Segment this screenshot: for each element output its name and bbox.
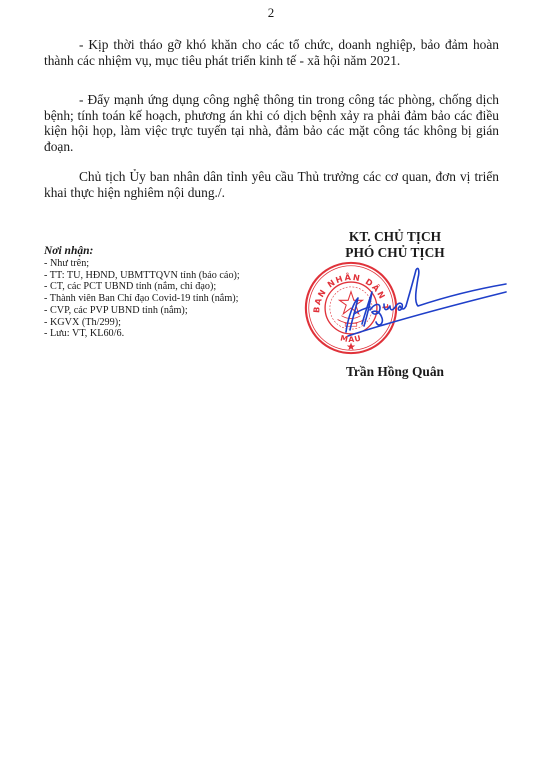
recipient-item: - CT, các PCT UBND tỉnh (nắm, chỉ đạo); (44, 281, 294, 293)
recipients-list: - Như trên; - TT: TU, HĐND, UBMTTQVN tỉn… (44, 258, 294, 340)
recipients-block: Nơi nhận: - Như trên; - TT: TU, HĐND, UB… (44, 245, 294, 340)
recipient-item: - TT: TU, HĐND, UBMTTQVN tỉnh (báo cáo); (44, 270, 294, 282)
signer-name: Trần Hồng Quân (330, 364, 460, 380)
recipient-item: - CVP, các PVP UBND tỉnh (nắm); (44, 305, 294, 317)
recipient-item: - Như trên; (44, 258, 294, 270)
handwritten-signature-icon (340, 262, 510, 342)
signer-title-line2: PHÓ CHỦ TỊCH (330, 245, 460, 261)
paragraph-it-application: - Đẩy mạnh ứng dụng công nghệ thông tin … (44, 92, 499, 154)
paragraph-closing-request: Chủ tịch Ủy ban nhân dân tỉnh yêu cầu Th… (44, 169, 499, 200)
recipient-item: - Thành viên Ban Chỉ đạo Covid-19 tỉnh (… (44, 293, 294, 305)
signer-title-block: KT. CHỦ TỊCH PHÓ CHỦ TỊCH (330, 229, 460, 260)
page-number: 2 (0, 5, 542, 21)
paragraph-support-businesses: - Kịp thời tháo gỡ khó khăn cho các tổ c… (44, 37, 499, 68)
signer-title-line1: KT. CHỦ TỊCH (330, 229, 460, 245)
recipient-item: - KGVX (Th/299); (44, 317, 294, 329)
recipients-title: Nơi nhận: (44, 245, 294, 258)
recipient-item: - Lưu: VT, KL60/6. (44, 328, 294, 340)
